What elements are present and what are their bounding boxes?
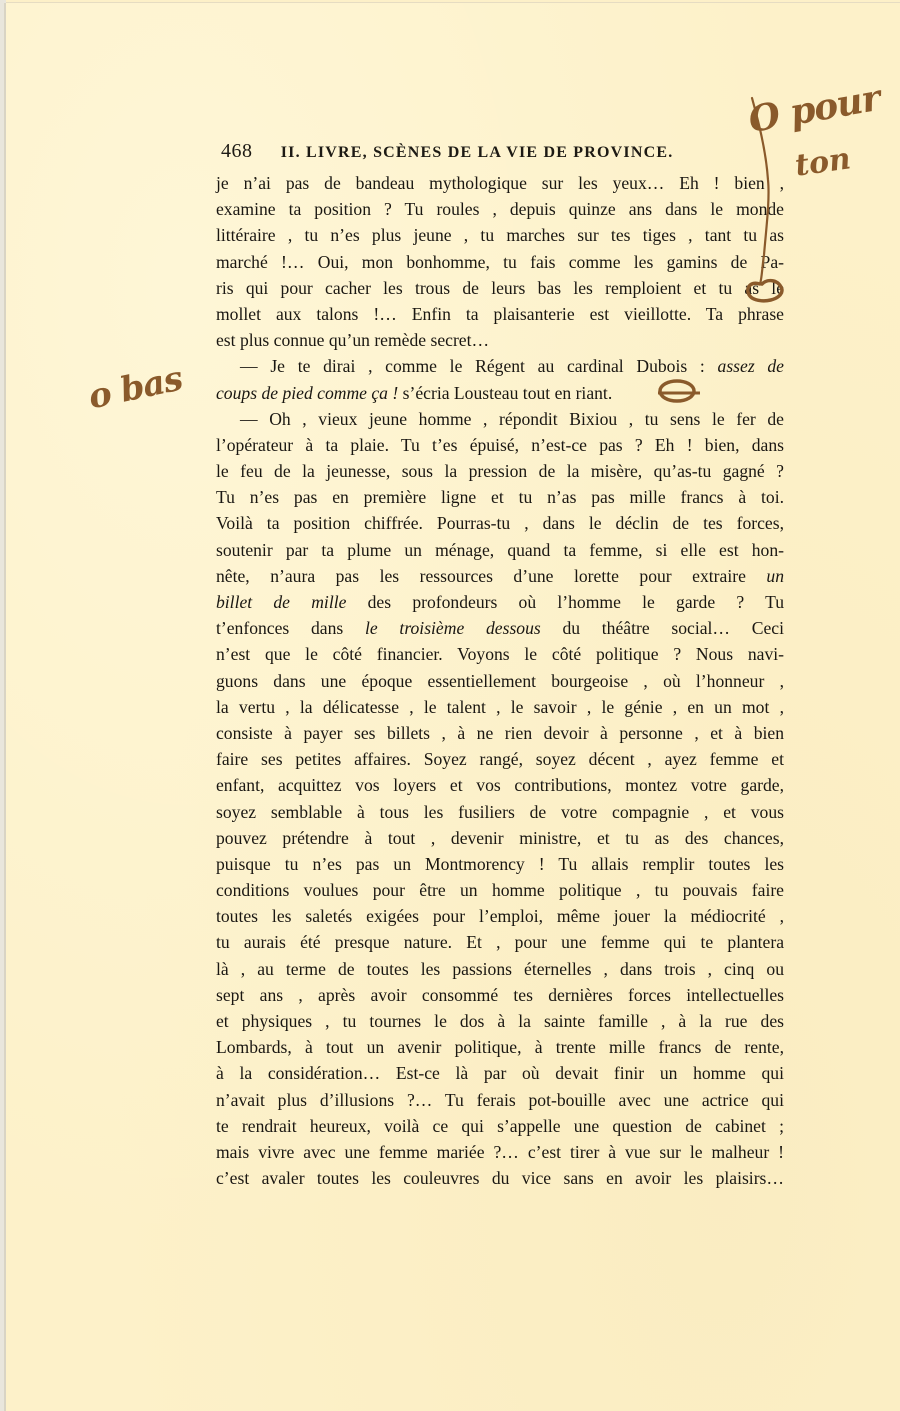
text-run: des profondeurs où l’homme le garde ? Tu [346, 592, 784, 612]
italic-run: un [766, 566, 784, 586]
text-line: et physiques , tu tournes le dos à la sa… [216, 1008, 784, 1034]
text-line: le feu de la jeunesse, sous la pression … [216, 458, 784, 484]
text-line: guons dans une époque essentiellement bo… [216, 668, 784, 694]
text-line: soyez semblable à tous les fusiliers de … [216, 799, 784, 825]
text-line: toutes les saletés exigées pour l’emploi… [216, 903, 784, 929]
text-line: marché !… Oui, mon bonhomme, tu fais com… [216, 249, 784, 275]
text-run: nête, n’aura pas les ressources d’une lo… [216, 566, 766, 586]
text-line: Tu n’es pas en première ligne et tu n’as… [216, 484, 784, 510]
italic-run: assez de [718, 356, 784, 376]
text-line: tu aurais été presque nature. Et , pour … [216, 929, 784, 955]
text-run: t’enfonces dans [216, 618, 365, 638]
text-line: te rendrait heureux, voilà ce qui s’appe… [216, 1113, 784, 1139]
text-line: enfant, acquittez vos loyers et vos cont… [216, 772, 784, 798]
text-line: conditions voulues pour être un homme po… [216, 877, 784, 903]
running-head-title: II. LIVRE, SCÈNES DE LA VIE DE PROVINCE. [281, 144, 674, 161]
text-line: — Je te dirai , comme le Régent au cardi… [216, 353, 784, 379]
text-line: billet de mille des profondeurs où l’hom… [216, 589, 784, 615]
italic-run: billet de mille [216, 592, 346, 612]
text-line: là , au terme de toutes les passions éte… [216, 956, 784, 982]
text-line: nête, n’aura pas les ressources d’une lo… [216, 563, 784, 589]
text-line: examine ta position ? Tu roules , depuis… [216, 196, 784, 222]
italic-run: le troisième dessous [365, 618, 541, 638]
text-line: c’est avaler toutes les couleuvres du vi… [216, 1165, 784, 1191]
text-line: je n’ai pas de bandeau mythologique sur … [216, 170, 784, 196]
page-number: 468 [221, 140, 253, 162]
text-line: faire ses petites affaires. Soyez rangé,… [216, 746, 784, 772]
text-line: mais vivre avec une femme mariée ?… c’es… [216, 1139, 784, 1165]
text-line: la vertu , la délicatesse , le talent , … [216, 694, 784, 720]
text-line: pouvez prétendre à tout , devenir minist… [216, 825, 784, 851]
text-run: du théâtre social… Ceci [541, 618, 784, 638]
text-line: consiste à payer ses billets , à ne rien… [216, 720, 784, 746]
text-line: à la considération… Est-ce là par où dev… [216, 1060, 784, 1086]
body-text: je n’ai pas de bandeau mythologique sur … [216, 170, 784, 1191]
text-line: n’avait plus d’illusions ?… Tu ferais po… [216, 1087, 784, 1113]
text-line: mollet aux talons !… Enfin ta plaisanter… [216, 301, 784, 327]
italic-run: coups de pied comme ça ! [216, 383, 398, 403]
text-line: l’opérateur à ta plaie. Tu t’es épuisé, … [216, 432, 784, 458]
text-line: est plus connue qu’un remède secret… [216, 327, 784, 353]
running-head: 468 II. LIVRE, SCÈNES DE LA VIE DE PROVI… [221, 140, 781, 164]
text-line: Voilà ta position chiffrée. Pourras-tu ,… [216, 510, 784, 536]
text-line: ris qui pour cacher les trous de leurs b… [216, 275, 784, 301]
text-line: littéraire , tu n’es plus jeune , tu mar… [216, 222, 784, 248]
text-line: n’est que le côté financier. Voyons le c… [216, 641, 784, 667]
text-line: — Oh , vieux jeune homme , répondit Bixi… [216, 406, 784, 432]
text-run: — Je te dirai , comme le Régent au cardi… [240, 356, 718, 376]
text-line: Lombards, à tout un avenir politique, à … [216, 1034, 784, 1060]
text-line: coups de pied comme ça ! s’écria Loustea… [216, 380, 784, 406]
text-run: s’écria Lousteau tout en riant. [398, 383, 612, 403]
text-line: puisque tu n’es pas un Montmorency ! Tu … [216, 851, 784, 877]
text-line: soutenir par ta plume un ménage, quand t… [216, 537, 784, 563]
text-line: t’enfonces dans le troisième dessous du … [216, 615, 784, 641]
text-line: sept ans , après avoir consommé tes dern… [216, 982, 784, 1008]
